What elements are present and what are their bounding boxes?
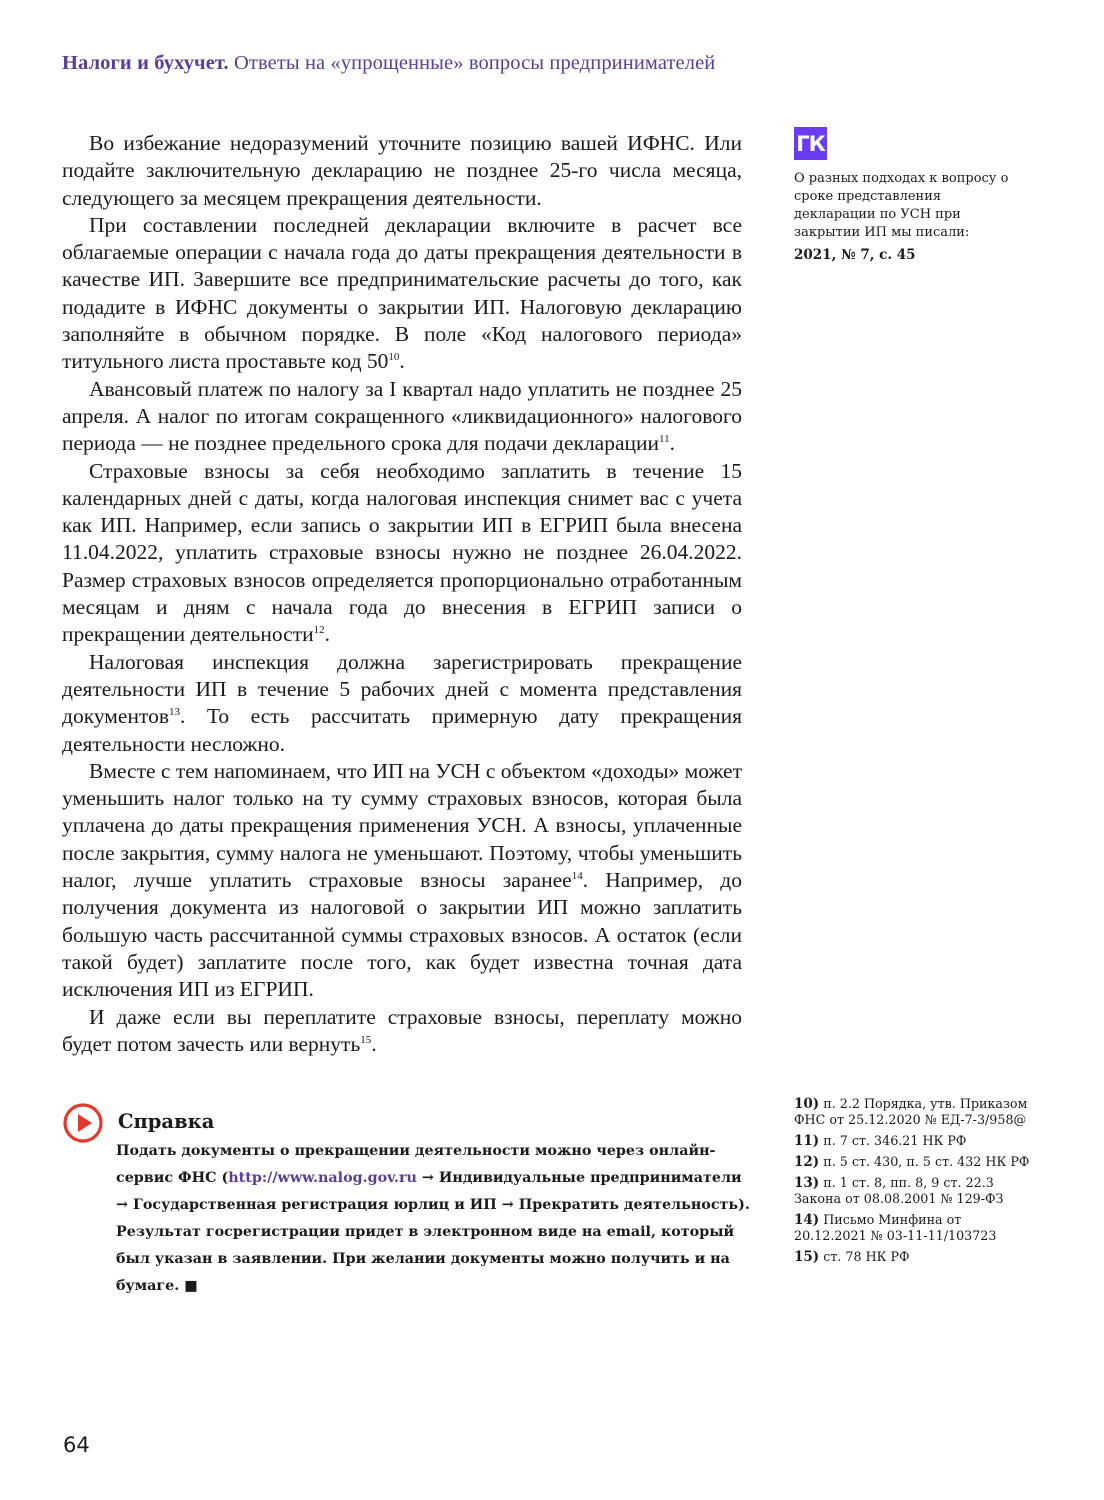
gk-logo-icon: ГК	[794, 127, 827, 160]
paragraph: Во избежание недоразумений уточните пози…	[62, 130, 742, 212]
footnote-ref[interactable]: 14	[572, 870, 583, 882]
footnote-text: п. 2.2 Порядка, утв. Приказом ФНС от 25.…	[794, 1096, 1027, 1127]
footnote-number: 12)	[794, 1154, 819, 1170]
footnote: 14) Письмо Минфина от 20.12.2021 № 03-11…	[794, 1212, 1034, 1244]
page-number: 64	[63, 1433, 90, 1457]
footnote: 12) п. 5 ст. 430, п. 5 ст. 432 НК РФ	[794, 1154, 1034, 1170]
footnote-number: 14)	[794, 1212, 819, 1228]
paragraph-text: Страховые взносы за себя необходимо запл…	[62, 459, 742, 647]
paragraph: Вместе с тем напоминаем, что ИП на УСН с…	[62, 758, 742, 1004]
footnote-ref[interactable]: 10	[388, 351, 399, 363]
running-head: Налоги и бухучет. Ответы на «упрощенные»…	[62, 52, 715, 75]
footnote-number: 11)	[794, 1133, 819, 1149]
footnote: 10) п. 2.2 Порядка, утв. Приказом ФНС от…	[794, 1096, 1034, 1128]
paragraph: И даже если вы переплатите страховые взн…	[62, 1004, 742, 1059]
footnote-text: ст. 78 НК РФ	[823, 1249, 909, 1264]
footnote-number: 15)	[794, 1249, 819, 1265]
paragraph-text: При составлении последней декларации вкл…	[62, 213, 742, 373]
footnote-text: п. 5 ст. 430, п. 5 ст. 432 НК РФ	[823, 1154, 1029, 1169]
footnotes: 10) п. 2.2 Порядка, утв. Приказом ФНС от…	[794, 1096, 1034, 1270]
footnote: 11) п. 7 ст. 346.21 НК РФ	[794, 1133, 1034, 1149]
paragraph-text: Во избежание недоразумений уточните пози…	[62, 131, 742, 210]
play-circle-icon	[62, 1102, 104, 1144]
footnote-ref[interactable]: 11	[659, 433, 670, 445]
section-title: Налоги и бухучет.	[62, 52, 229, 74]
fns-link[interactable]: http://www.nalog.gov.ru	[228, 1170, 417, 1186]
sidebar-text: О разных подходах к вопросу о сроке пред…	[794, 170, 1024, 242]
note-text: → Индивидуальные предприниматели → Госуд…	[116, 1170, 750, 1294]
footnote-text: п. 1 ст. 8, пп. 8, 9 ст. 22.3 Закона от …	[794, 1175, 1003, 1206]
sidebar-reference: ГК О разных подходах к вопросу о сроке п…	[794, 127, 1024, 264]
footnote-text: Письмо Минфина от 20.12.2021 № 03-11-11/…	[794, 1212, 996, 1243]
paragraph: Страховые взносы за себя необходимо запл…	[62, 458, 742, 649]
sidebar-citation: 2021, № 7, с. 45	[794, 246, 1024, 264]
paragraph: Налоговая инспекция должна зарегистриров…	[62, 649, 742, 758]
footnote-ref[interactable]: 13	[169, 706, 180, 718]
footnote-number: 10)	[794, 1096, 819, 1112]
article-body: Во избежание недоразумений уточните пози…	[62, 130, 742, 1058]
footnote-number: 13)	[794, 1175, 819, 1191]
paragraph: Авансовый платеж по налогу за I квартал …	[62, 376, 742, 458]
footnote-text: п. 7 ст. 346.21 НК РФ	[823, 1133, 966, 1148]
paragraph-text: И даже если вы переплатите страховые взн…	[62, 1005, 742, 1056]
section-subtitle: Ответы на «упрощенные» вопросы предприни…	[234, 52, 715, 74]
footnote-ref[interactable]: 15	[360, 1034, 371, 1046]
note-title: Справка	[118, 1110, 214, 1133]
paragraph: При составлении последней декларации вкл…	[62, 212, 742, 376]
footnote-ref[interactable]: 12	[314, 624, 325, 636]
paragraph-text: Авансовый платеж по налогу за I квартал …	[62, 377, 742, 456]
footnote: 15) ст. 78 НК РФ	[794, 1249, 1034, 1265]
note-body: Подать документы о прекращении деятельно…	[116, 1138, 756, 1300]
footnote: 13) п. 1 ст. 8, пп. 8, 9 ст. 22.3 Закона…	[794, 1175, 1034, 1207]
